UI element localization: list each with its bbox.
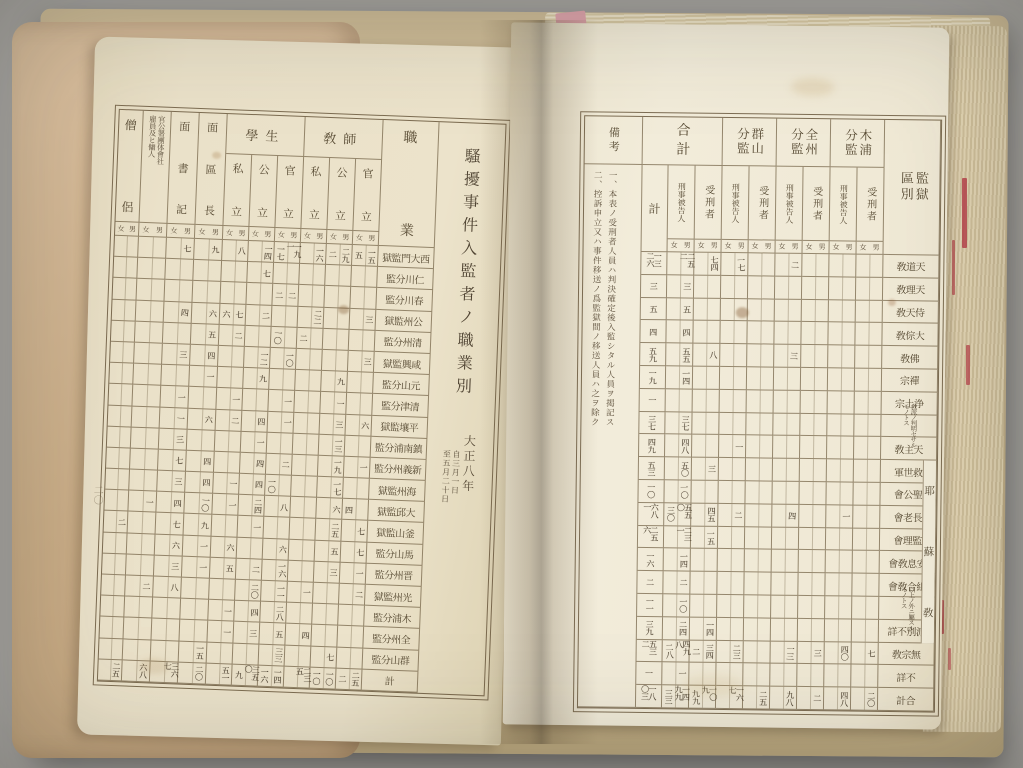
male-cell: 二八 <box>273 602 286 623</box>
male-cell <box>760 345 773 367</box>
occupation-data-cell <box>293 433 320 455</box>
occupation-data-cell: 一 <box>237 516 264 538</box>
cell-value: 四八 <box>840 691 848 706</box>
female-cell <box>716 663 729 685</box>
male-cell <box>761 299 774 321</box>
cell-value: 一三 <box>334 438 342 453</box>
male-cell <box>758 481 771 503</box>
photo-backdrop: 二〇 騷擾事件入監者ノ職業別大正八年自三月一日至五月二十日職業僧侶官公署團体會社… <box>0 0 1023 768</box>
female-cell <box>852 574 865 596</box>
cell-value: 一六 <box>646 552 654 567</box>
female-cell <box>341 541 354 562</box>
cell-value: 九 <box>259 375 267 383</box>
gender-strip: 女男 <box>695 240 722 253</box>
religion-data-cell <box>718 549 745 572</box>
cell-value: 二三一 <box>677 526 692 548</box>
religion-data-cell: 三 <box>692 458 719 481</box>
male-cell: 七 <box>864 642 877 664</box>
female-cell <box>179 641 193 662</box>
foxing-stain <box>790 78 834 97</box>
female-cell <box>165 280 179 301</box>
female-cell <box>132 385 146 406</box>
religion-data-cell <box>801 368 828 391</box>
religion-data-cell: 四 <box>772 504 799 527</box>
occupation-data-cell <box>161 365 190 387</box>
female-cell <box>99 638 111 659</box>
occupation-data-cell: 二五 <box>98 659 123 681</box>
religion-data-cell <box>829 300 856 323</box>
male-cell: 一五 <box>704 526 717 548</box>
female-cell <box>853 528 866 550</box>
religion-data-cell <box>745 504 772 527</box>
occupation-data-cell: 四 <box>190 345 219 367</box>
male-cell <box>179 259 193 280</box>
prison-row-label: 木浦分監 <box>364 606 421 629</box>
male-cell <box>118 448 130 469</box>
male-cell: 六 <box>358 415 371 436</box>
female-cell <box>774 390 787 412</box>
male-cell: 一七 <box>330 477 343 498</box>
religion-row-label: 天道敎 <box>883 255 939 278</box>
cell-value: 五〇 <box>681 461 689 476</box>
female-cell <box>127 533 141 554</box>
male-cell <box>249 538 262 559</box>
female-cell <box>856 277 869 299</box>
female-cell <box>665 457 678 479</box>
religion-data-cell <box>852 597 879 620</box>
cell-value: 七 <box>326 653 334 661</box>
occupation-data-cell: 六 <box>316 498 343 520</box>
male-cell: 一 <box>352 563 365 584</box>
male-cell <box>226 452 239 473</box>
female-cell: 一六 <box>258 665 271 686</box>
religion-data-cell <box>854 414 881 437</box>
male-cell <box>759 413 772 435</box>
female-cell <box>324 286 337 307</box>
female-cell <box>743 686 756 708</box>
cell-value: 九 <box>211 246 219 254</box>
male-cell: 一 <box>839 505 852 527</box>
male-cell: 六 <box>275 539 288 560</box>
occupation-data-cell <box>108 384 133 406</box>
column-sub-header: 受刑者 <box>749 166 777 240</box>
female-cell <box>828 368 841 390</box>
gender-strip: 女男 <box>856 242 883 255</box>
female-cell <box>126 554 140 575</box>
male-cell: 七 <box>169 514 183 535</box>
cell-value: 一六七 <box>729 686 744 708</box>
cell-value: 一五 <box>707 530 715 545</box>
female-cell <box>797 664 810 686</box>
occupation-data-cell: 一六 <box>300 243 327 265</box>
religion-data-cell <box>828 391 855 414</box>
male-cell <box>136 640 150 661</box>
occupation-data-cell <box>137 258 166 280</box>
female-cell <box>798 619 811 641</box>
occupation-data-cell: 一 <box>207 621 234 643</box>
era-date: 大正八年自三月一日至五月二十日 <box>440 434 479 505</box>
occupation-data-cell: 二 <box>125 575 154 597</box>
religion-row-label: 天理敎 <box>883 278 939 301</box>
male-cell: 二三五 <box>296 667 309 688</box>
male-cell <box>841 323 854 345</box>
cell-value: 三 <box>179 351 187 359</box>
female-cell <box>717 572 730 594</box>
female-cell <box>246 304 259 325</box>
occupation-data-cell: 一二 <box>244 347 271 369</box>
religion-data-cell <box>852 619 879 642</box>
cell-value: 二 <box>288 291 296 299</box>
male-cell <box>706 390 719 412</box>
male-cell <box>842 300 855 322</box>
female-cell <box>690 617 703 639</box>
male-cell: 四 <box>177 302 191 323</box>
occupation-data-cell <box>237 537 264 559</box>
religion-data-cell <box>854 437 881 460</box>
male-cell: 一四 <box>261 241 274 262</box>
male-cell <box>360 372 373 393</box>
female-cell <box>801 345 814 367</box>
religion-data-cell <box>774 368 801 391</box>
occupation-data-cell <box>113 278 138 300</box>
female-cell <box>108 405 120 426</box>
column-group-header: 全州 分監 <box>777 119 832 168</box>
male-cell <box>730 595 743 617</box>
male-cell <box>166 598 180 619</box>
occupation-data-cell <box>338 605 365 627</box>
cell-value: 七 <box>173 520 181 528</box>
prison-row-label: 清津分監 <box>372 394 429 417</box>
female-cell <box>747 322 760 344</box>
female-cell <box>318 456 331 477</box>
occupation-data-cell: 二五 <box>315 519 342 541</box>
religion-data-cell <box>828 368 855 391</box>
male-cell <box>866 483 879 505</box>
occupation-data-cell <box>312 604 339 626</box>
cell-value: 四 <box>256 459 264 467</box>
male-cell <box>867 437 880 459</box>
cell-value: 四 <box>203 458 211 466</box>
occupation-data-cell <box>179 620 208 642</box>
male-cell <box>195 578 209 599</box>
occupation-data-cell <box>246 283 273 305</box>
religion-data-cell <box>798 573 825 596</box>
male-cell <box>761 276 774 298</box>
female-cell <box>662 663 675 685</box>
female-cell <box>802 254 815 276</box>
female-cell <box>665 412 678 434</box>
male-cell <box>324 626 337 647</box>
cell-value: 二 <box>142 582 150 590</box>
female-cell <box>298 306 311 327</box>
religion-data-cell: 一 <box>826 505 853 528</box>
male-cell: 三 <box>787 345 800 367</box>
male-cell <box>175 365 189 386</box>
total-kei-cell: 一九 <box>640 366 666 389</box>
religion-data-cell <box>746 458 773 481</box>
female-cell <box>269 369 282 390</box>
occupation-data-cell <box>151 640 180 662</box>
female-cell <box>772 504 785 526</box>
female-cell <box>242 410 255 431</box>
religion-data-cell <box>692 412 719 435</box>
religion-data-cell <box>801 391 828 414</box>
religion-data-cell <box>802 254 829 277</box>
male-cell <box>337 287 350 308</box>
male-cell: 一三 <box>331 435 344 456</box>
female-cell <box>186 451 200 472</box>
female-cell <box>801 368 814 390</box>
religion-data-cell <box>721 276 748 299</box>
occupation-data-cell <box>215 431 242 453</box>
religion-row-label: 不詳 <box>878 665 934 688</box>
religion-data-cell: 一 <box>719 435 746 458</box>
female-cell <box>341 520 354 541</box>
male-cell <box>116 490 128 511</box>
female-cell <box>184 493 198 514</box>
female-cell <box>125 575 139 596</box>
male-cell: 一 <box>356 457 369 478</box>
religion-data-cell <box>775 299 802 322</box>
male-cell: 九 <box>197 515 211 536</box>
religion-data-cell <box>720 321 747 344</box>
female-cell <box>187 429 201 450</box>
female-cell <box>719 458 732 480</box>
religion-data-cell <box>691 481 718 504</box>
female-cell <box>721 276 734 298</box>
female-cell <box>289 539 302 560</box>
male-cell: 一五 <box>365 245 378 266</box>
female-cell <box>191 324 205 345</box>
female-cell <box>321 371 334 392</box>
cell-value: 一〇九 <box>701 686 717 709</box>
cell-value: 一四 <box>273 669 281 684</box>
column-sub-header: 受刑者 <box>695 166 723 240</box>
cell-value: 一〇 <box>679 598 687 613</box>
cell-value: 四五 <box>708 507 716 522</box>
religion-data-cell: 二五 <box>743 686 770 709</box>
column-sub-header: 私立 <box>301 157 330 230</box>
female-cell <box>337 647 350 668</box>
religion-data-cell <box>825 619 852 642</box>
gender-strip: 女男 <box>749 240 776 253</box>
occupation-data-cell <box>337 626 364 648</box>
female-cell <box>215 431 228 452</box>
female-cell <box>828 323 841 345</box>
occupation-data-cell <box>101 575 126 597</box>
female-cell <box>744 595 757 617</box>
female-cell: 一〇 <box>265 475 278 496</box>
cell-value: 一 <box>843 512 850 520</box>
header-text: 面區長 <box>195 113 226 225</box>
female-cell: 六 <box>220 303 233 324</box>
occupation-data-cell <box>345 435 372 457</box>
cell-value: 八 <box>238 247 246 255</box>
female-cell <box>300 243 313 264</box>
male-cell: 一四 <box>703 617 716 639</box>
religion-data-cell: 五 <box>667 298 694 321</box>
male-cell <box>814 391 827 413</box>
corner-text: 職業 <box>379 120 439 247</box>
occupation-data-cell: 二 <box>246 304 273 326</box>
religion-data-cell <box>745 481 772 504</box>
religion-data-cell: 八 <box>693 344 720 367</box>
male-cell <box>839 551 852 573</box>
occupation-data-cell <box>290 497 317 519</box>
male-cell: 三 <box>326 562 339 583</box>
cell-value: 一九 <box>334 459 342 474</box>
cell-value: 二 <box>231 416 239 424</box>
cell-value: 一六 <box>260 668 268 683</box>
gender-strip: 女男 <box>829 241 856 254</box>
female-cell <box>721 299 734 321</box>
religion-data-cell <box>827 414 854 437</box>
female-cell <box>150 661 164 682</box>
occupation-data-cell: 四 <box>164 301 193 323</box>
male-cell: 三三 <box>271 645 284 666</box>
male-cell: 二五二 <box>680 252 693 274</box>
male-cell: 六 <box>201 409 215 430</box>
male-cell: 三 <box>680 275 693 297</box>
male-cell <box>840 460 853 482</box>
male-cell: 一 <box>250 517 263 538</box>
religion-data-cell <box>773 459 800 482</box>
male-cell <box>363 288 376 309</box>
male-cell: 二 <box>810 687 823 709</box>
total-kei-cell: 三九 <box>637 617 663 640</box>
occupation-data-cell <box>104 490 129 512</box>
religion-data-cell <box>743 664 770 687</box>
female-cell <box>854 414 867 436</box>
cell-value: 二 <box>251 565 259 573</box>
occupation-data-cell <box>267 432 294 454</box>
occupation-data-cell: 九 <box>194 239 223 261</box>
gender-strip: 女男 <box>139 223 168 238</box>
cell-value: 三六七 <box>163 662 178 683</box>
female-cell <box>180 599 194 620</box>
female-cell: 二 <box>272 284 285 305</box>
male-cell <box>758 504 771 526</box>
male-cell: 一〇 <box>677 480 690 502</box>
red-edge-mark <box>952 240 955 295</box>
female-cell <box>852 597 865 619</box>
female-cell <box>663 594 676 616</box>
occupation-data-cell <box>124 597 153 619</box>
cell-value: 一 <box>360 464 368 472</box>
occupation-data-cell: 二 <box>266 454 293 476</box>
male-cell <box>786 413 799 435</box>
male-cell: 五 <box>327 541 340 562</box>
occupation-data-cell <box>324 286 351 308</box>
occupation-data-cell <box>135 321 164 343</box>
religion-data-cell: 四五 <box>691 503 718 526</box>
female-cell <box>290 497 303 518</box>
female-cell <box>218 346 231 367</box>
religion-data-cell <box>744 595 771 618</box>
female-cell <box>666 321 679 343</box>
occupation-data-cell <box>123 639 152 661</box>
religion-data-cell: 三 <box>797 641 824 664</box>
male-cell: 一 <box>226 473 239 494</box>
cell-value: 八 <box>710 351 717 359</box>
occupation-data-cell: 一〇 <box>265 475 292 497</box>
male-cell: 三 <box>360 351 373 372</box>
male-cell <box>814 322 827 344</box>
religion-data-cell <box>775 276 802 299</box>
column-sub-header: 公立 <box>327 158 356 231</box>
female-cell <box>855 391 868 413</box>
cell-value: 三 <box>330 568 338 576</box>
cell-value: 一〇 <box>325 671 333 686</box>
female-cell <box>826 482 839 504</box>
male-cell <box>866 528 879 550</box>
male-cell <box>731 549 744 571</box>
female-cell <box>220 282 233 303</box>
male-cell: 四 <box>252 453 265 474</box>
occupation-data-cell: 五一五 <box>352 245 379 267</box>
female-cell <box>233 643 246 664</box>
occupation-data-cell: 一三 <box>319 434 346 456</box>
male-cell: 一六 <box>313 243 326 264</box>
cell-value: 三〇 <box>667 506 675 521</box>
male-cell <box>326 583 339 604</box>
male-cell <box>284 306 297 327</box>
female-cell <box>826 528 839 550</box>
female-cell <box>192 302 206 323</box>
cell-value: 二五六 <box>643 526 658 548</box>
occupation-data-cell <box>289 518 316 540</box>
cell-value: 一 <box>356 569 364 577</box>
cell-value: 二三 <box>733 644 741 659</box>
male-cell <box>231 346 244 367</box>
male-cell <box>311 286 324 307</box>
male-cell: 四八 <box>837 688 850 710</box>
occupation-data-cell <box>102 553 127 575</box>
male-cell <box>138 597 152 618</box>
female-cell <box>718 504 731 526</box>
male-cell: 四〇 <box>837 642 850 664</box>
occupation-data-cell: 一 <box>213 473 240 495</box>
male-cell: 一 <box>142 491 156 512</box>
male-cell: 一 <box>195 557 209 578</box>
female-cell <box>268 390 281 411</box>
male-cell <box>304 476 317 497</box>
female-cell <box>245 326 258 347</box>
religion-data-cell: 三三一四九九 <box>662 685 689 708</box>
occupation-data-cell <box>128 512 157 534</box>
religion-data-cell: 一三 <box>770 641 797 664</box>
male-cell <box>233 283 246 304</box>
cell-value: 三三 <box>665 689 673 704</box>
female-cell <box>138 237 152 258</box>
male-cell <box>152 237 166 258</box>
male-cell <box>730 618 743 640</box>
female-cell <box>346 414 359 435</box>
female-cell <box>315 540 328 561</box>
female-cell <box>214 452 227 473</box>
religion-data-cell <box>747 344 774 367</box>
female-cell <box>137 258 151 279</box>
column-sub-header: 官立 <box>275 156 304 229</box>
column-group-header: 木浦 分監 <box>831 119 886 168</box>
male-cell: 一 <box>221 600 234 621</box>
occupation-data-cell <box>346 393 373 415</box>
male-cell: 八 <box>167 577 181 598</box>
female-cell <box>692 458 705 480</box>
male-cell <box>838 619 851 641</box>
cell-value: 一四 <box>682 370 690 385</box>
religion-data-cell: 二 <box>718 504 745 527</box>
